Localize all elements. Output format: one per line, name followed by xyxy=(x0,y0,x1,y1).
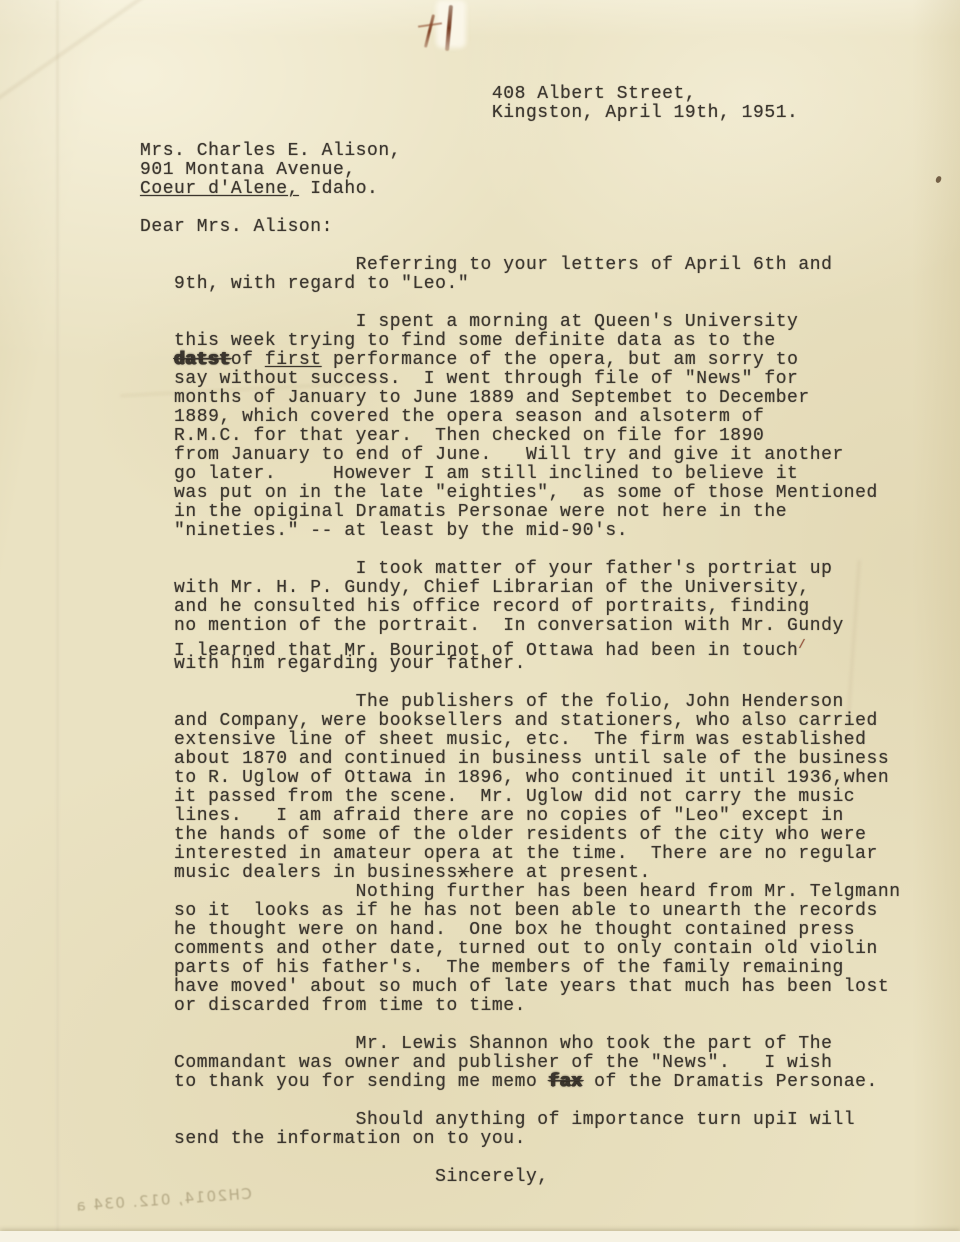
letter-line: 901 Montana Avenue, xyxy=(140,161,940,180)
letter-line: this week trying to find some definite d… xyxy=(140,332,940,351)
letter-line: parts of his father's. The members of th… xyxy=(140,959,940,978)
letter-line: was put on in the late "eighties", as so… xyxy=(140,484,940,503)
letter-line xyxy=(140,674,940,693)
letter-line: R.M.C. for that year. Then checked on fi… xyxy=(140,427,940,446)
letter-line: comments and other date, turned out to o… xyxy=(140,940,940,959)
letter-line: in the opiginal Dramatis Personae were n… xyxy=(140,503,940,522)
letter-paper: 408 Albert Street, Kingston, April 19th,… xyxy=(0,0,960,1242)
letter-line: Commandant was owner and publisher of th… xyxy=(140,1054,940,1073)
letter-line: about 1870 and continued in business unt… xyxy=(140,750,940,769)
letter-line: music dealers in businessxhere at presen… xyxy=(140,864,940,883)
letter-line: Mr. Lewis Shannon who took the part of T… xyxy=(140,1035,940,1054)
letter-line: to R. Uglow of Ottawa in 1896, who conti… xyxy=(140,769,940,788)
letter-line: I took matter of your father's portriat … xyxy=(140,560,940,579)
letter-line: Dear Mrs. Alison: xyxy=(140,218,940,237)
letter-line: I learned that Mr. Bourinot of Ottawa ha… xyxy=(140,636,940,655)
letter-body: 408 Albert Street, Kingston, April 19th,… xyxy=(140,85,940,1187)
letter-line: or discarded from time to time. xyxy=(140,997,940,1016)
letter-line xyxy=(140,294,940,313)
letter-line: "nineties." -- at least by the mid-90's. xyxy=(140,522,940,541)
letter-line xyxy=(140,123,940,142)
letter-line: interested in amateur opera at the time.… xyxy=(140,845,940,864)
letter-line xyxy=(140,1149,940,1168)
letter-line: Mrs. Charles E. Alison, xyxy=(140,142,940,161)
letter-line: with Mr. H. P. Gundy, Chief Librarian of… xyxy=(140,579,940,598)
letter-line xyxy=(140,541,940,560)
letter-line: Should anything of importance turn upiI … xyxy=(140,1111,940,1130)
letter-line: go later. However I am still inclined to… xyxy=(140,465,940,484)
letter-line: months of January to June 1889 and Septe… xyxy=(140,389,940,408)
letter-line: Nothing further has been heard from Mr. … xyxy=(140,883,940,902)
letter-line: 408 Albert Street, xyxy=(140,85,940,104)
letter-line: the hands of some of the older residents… xyxy=(140,826,940,845)
letter-line: extensive line of sheet music, etc. The … xyxy=(140,731,940,750)
rust-pen-mark-left xyxy=(424,14,435,48)
letter-line: to thank you for sending me memo fax of … xyxy=(140,1073,940,1092)
letter-line xyxy=(140,199,940,218)
letter-line: no mention of the portrait. In conversat… xyxy=(140,617,940,636)
letter-line: say without success. I went through file… xyxy=(140,370,940,389)
letter-line xyxy=(140,1092,940,1111)
letter-line: I spent a morning at Queen's University xyxy=(140,313,940,332)
letter-line: datstof first performance of the opera, … xyxy=(140,351,940,370)
letter-line: The publishers of the folio, John Hender… xyxy=(140,693,940,712)
archive-mark-bleedthrough: CH2014, 012. 034 a xyxy=(42,1185,253,1218)
letter-line: he thought were on hand. One box he thou… xyxy=(140,921,940,940)
letter-line: have moved' about so much of late years … xyxy=(140,978,940,997)
paper-bottom-edge xyxy=(0,1231,960,1242)
letter-line: send the information on to you. xyxy=(140,1130,940,1149)
letter-line: it passed from the scene. Mr. Uglow did … xyxy=(140,788,940,807)
letter-line: Coeur d'Alene, Idaho. xyxy=(140,180,940,199)
letter-line: lines. I am afraid there are no copies o… xyxy=(140,807,940,826)
letter-line: and he consulted his office record of po… xyxy=(140,598,940,617)
letter-line: from January to end of June. Will try an… xyxy=(140,446,940,465)
letter-line: 9th, with regard to "Leo." xyxy=(140,275,940,294)
letter-line xyxy=(140,1016,940,1035)
letter-line xyxy=(140,237,940,256)
paper-crease-vertical xyxy=(56,0,59,1242)
letter-line: Referring to your letters of April 6th a… xyxy=(140,256,940,275)
letter-line: 1889, which covered the opera season and… xyxy=(140,408,940,427)
letter-line: Sincerely, xyxy=(140,1168,940,1187)
letter-line: and Company, were booksellers and statio… xyxy=(140,712,940,731)
letter-line: Kingston, April 19th, 1951. xyxy=(140,104,940,123)
letter-line: so it looks as if he has not been able t… xyxy=(140,902,940,921)
